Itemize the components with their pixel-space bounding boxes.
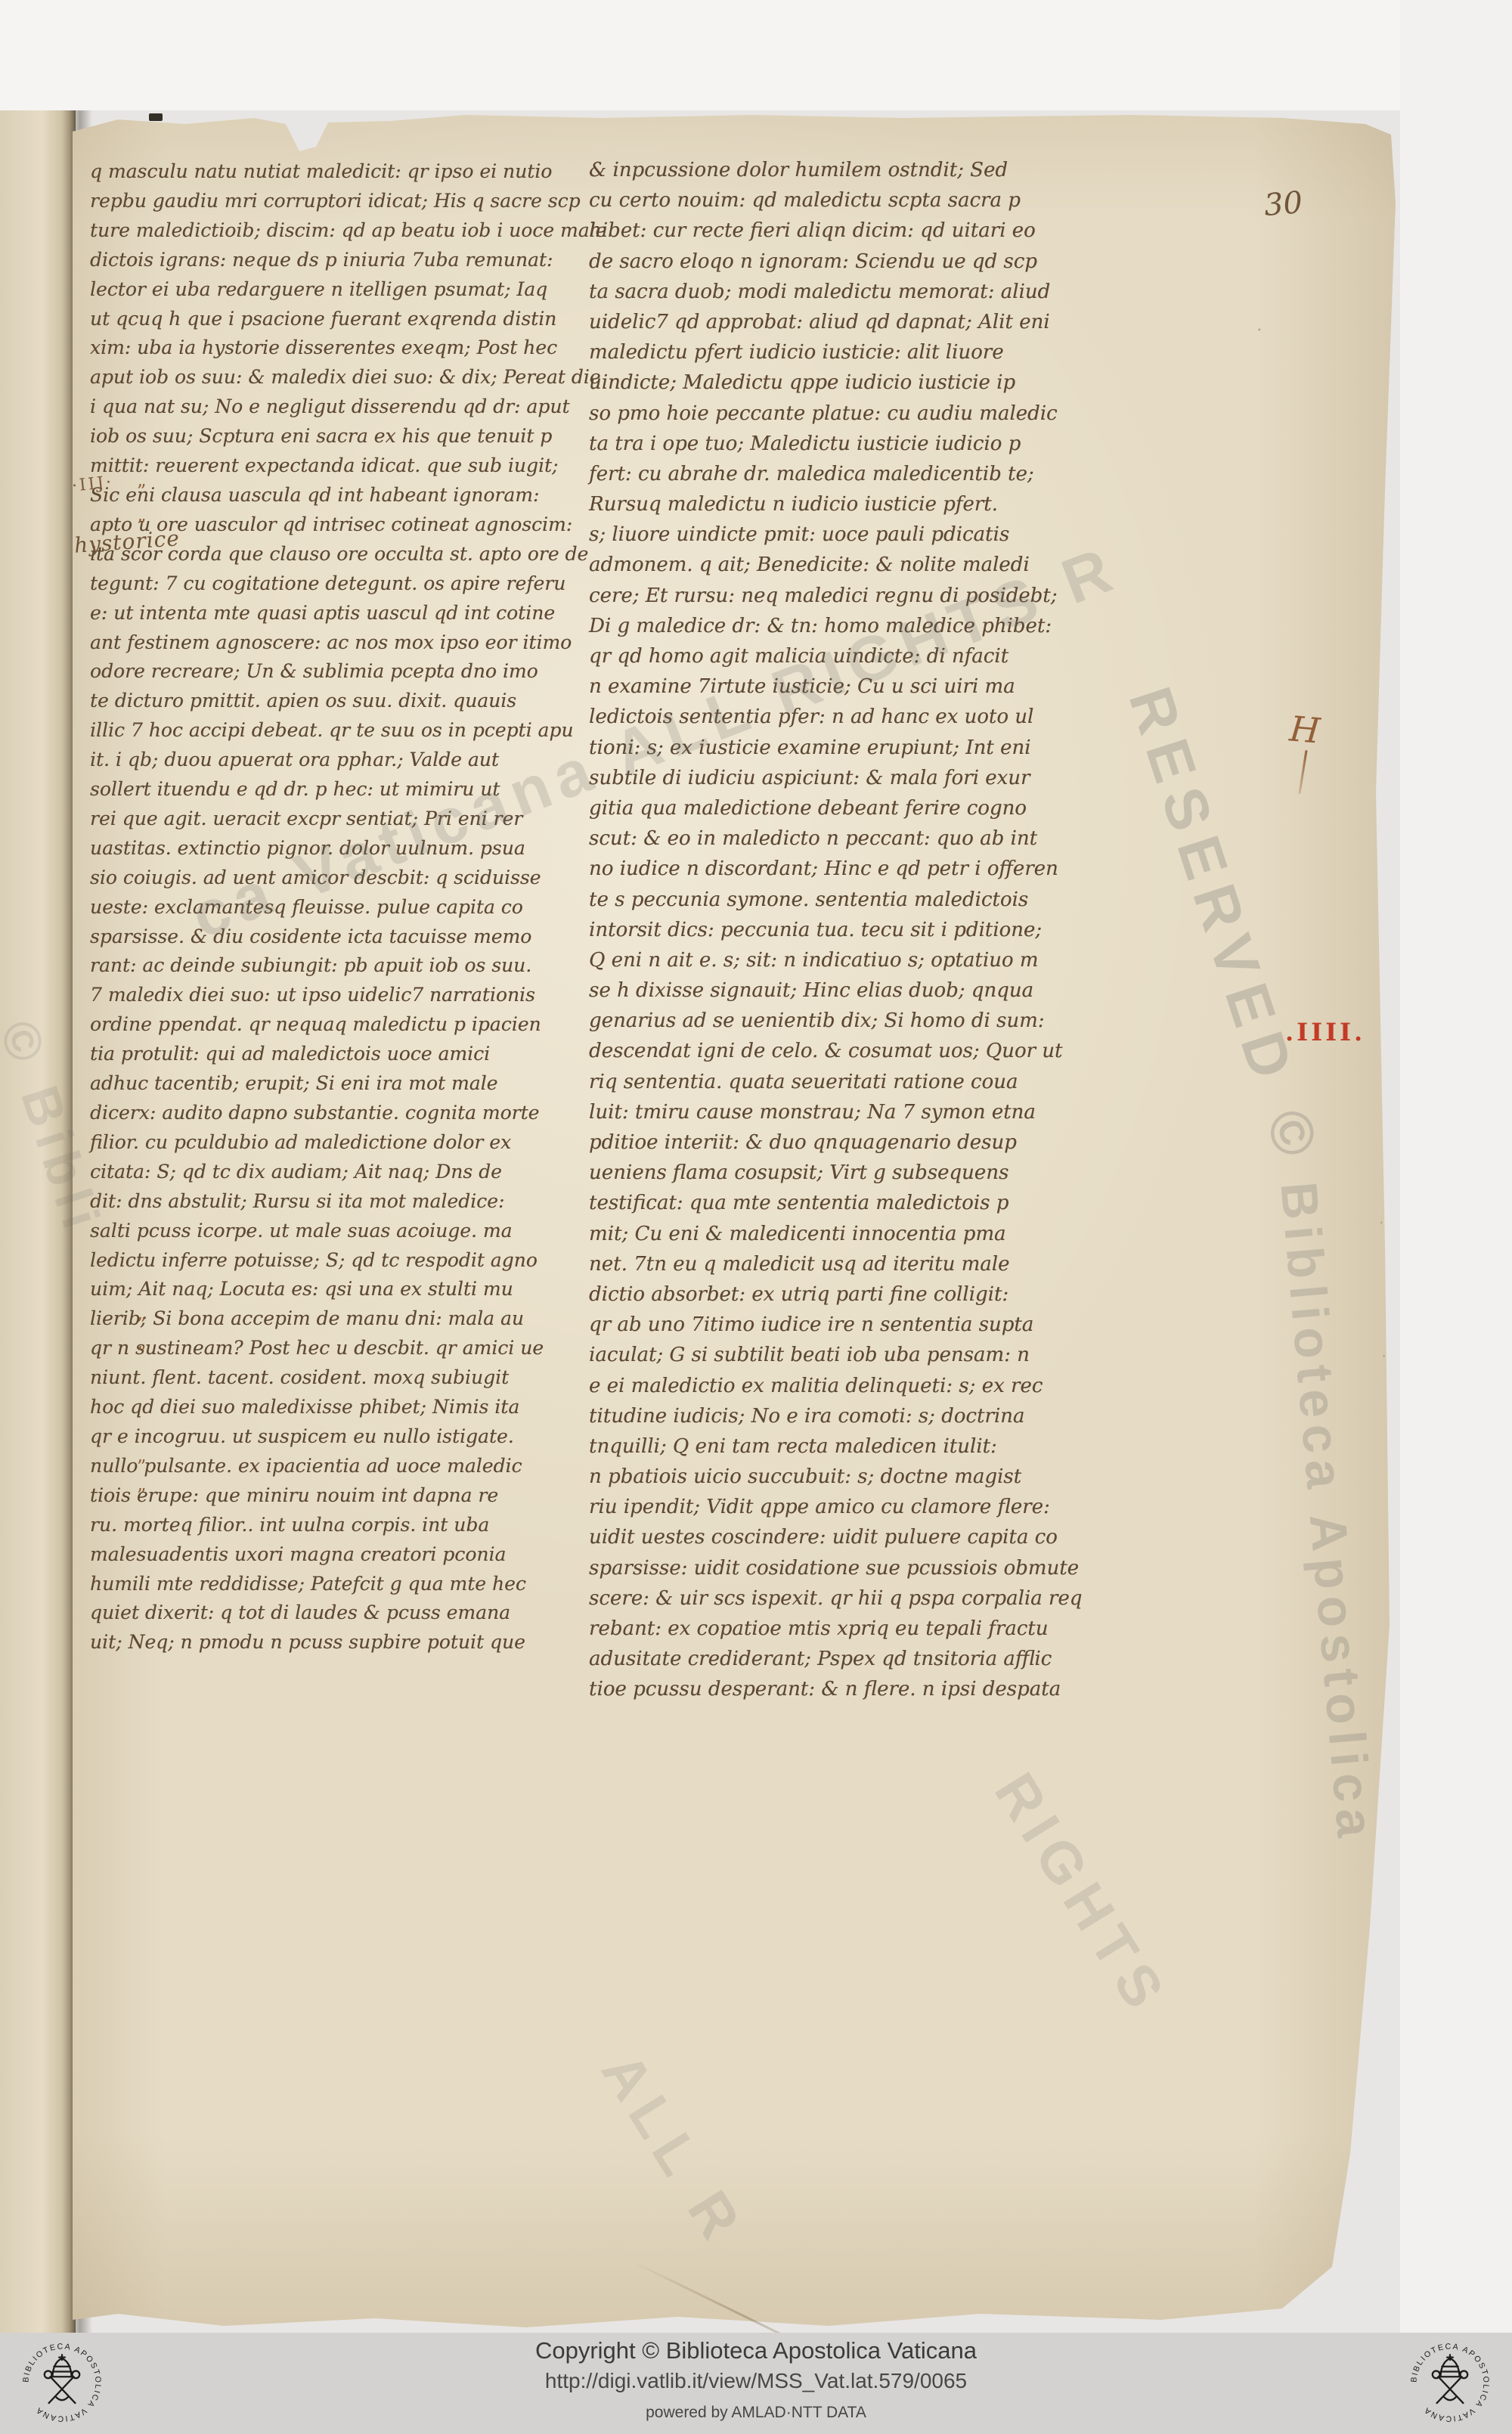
manuscript-line: testificat: qua mte sententia maledictoi… — [589, 1192, 1118, 1222]
photo-background-right — [1400, 0, 1512, 2333]
manuscript-line: maledictu pfert iudicio iusticie: alit l… — [589, 341, 1118, 371]
manuscript-line: qr n sustineam? Post hec u descbit. qr a… — [90, 1337, 580, 1366]
manuscript-line: dicerx: audito dapno substantie. cognita… — [90, 1102, 580, 1131]
manuscript-line: ut qcuq h que i psacione fuerant exqrend… — [90, 308, 580, 337]
manuscript-line: Rursuq maledictu n iudicio iusticie pfer… — [589, 493, 1118, 523]
manuscript-line: ru. morteq filior.. int uulna corpis. in… — [90, 1514, 580, 1543]
manuscript-line: net. 7tn eu q maledicit usq ad iteritu m… — [589, 1253, 1118, 1283]
manuscript-line: rei que agit. ueracit excpr sentiat; Pri… — [90, 808, 580, 837]
manuscript-line: ta sacra duob; modi maledictu memorat: a… — [589, 281, 1118, 311]
manuscript-line: uit; Neq; n pmodu n pcuss supbire potuit… — [90, 1631, 580, 1660]
manuscript-line: repbu gaudiu mri corruptori idicat; His … — [90, 190, 580, 219]
manuscript-line: 7 maledix diei suo: ut ipso uidelic7 nar… — [90, 984, 580, 1013]
manuscript-line: qr e incogruu. ut suspicem eu nullo isti… — [90, 1425, 580, 1455]
manuscript-line: it. i qb; duou apuerat ora pphar.; Valde… — [90, 749, 580, 778]
manuscript-line: tia protulit: qui ad maledictois uoce am… — [90, 1043, 580, 1072]
manuscript-line: ture maledictioib; discim: qd ap beatu i… — [90, 219, 580, 249]
vatican-library-seal-icon: BIBLIOTECA APOSTOLICA VATICANA — [1406, 2339, 1494, 2426]
manuscript-line: pditioe interiit: & duo qnquagenario des… — [589, 1131, 1118, 1161]
manuscript-line: iob os suu; Scptura eni sacra ex his que… — [90, 425, 580, 454]
digitized-manuscript-viewer: q masculu natu nutiat maledicit: qr ipso… — [0, 0, 1512, 2434]
margin-quote-mark: ” — [137, 481, 146, 502]
manuscript-right-column: & inpcussione dolor humilem ostndit; Sed… — [589, 159, 1118, 1709]
manuscript-line: se h dixisse signauit; Hinc elias duob; … — [589, 979, 1118, 1009]
manuscript-line: sio coiugis. ad uent amicor descbit: q s… — [90, 867, 580, 896]
manuscript-line: genarius ad se uenientib dix; Si homo di… — [589, 1009, 1118, 1040]
manuscript-line: cu certo nouim: qd maledictu scpta sacra… — [589, 189, 1118, 219]
manuscript-line: filior. cu pculdubio ad maledictione dol… — [90, 1131, 580, 1161]
manuscript-line: subtile di iudiciu aspiciunt: & mala for… — [589, 767, 1118, 797]
manuscript-line: titudine iudicis; No e ira comoti: s; do… — [589, 1405, 1118, 1435]
manuscript-line: so pmo hoie peccante platue: cu audiu ma… — [589, 402, 1118, 433]
manuscript-line: lierib; Si bona accepim de manu dni: mal… — [90, 1307, 580, 1337]
manuscript-line: uidelic7 qd approbat: aliud qd dapnat; A… — [589, 311, 1118, 341]
margin-section-number-right: .IIII. — [1285, 1018, 1365, 1046]
manuscript-line: ueniens flama cosupsit; Virt g subsequen… — [589, 1161, 1118, 1192]
papal-tiara-keys-icon — [1433, 2355, 1467, 2403]
manuscript-line: e ei maledictio ex malitia delinqueti: s… — [589, 1375, 1118, 1405]
manuscript-line: salti pcuss icorpe. ut male suas acoiuge… — [90, 1220, 580, 1249]
manuscript-line: sparsisse. & diu cosidente icta tacuisse… — [90, 926, 580, 955]
manuscript-line: adhuc tacentib; erupit; Si eni ira mot m… — [90, 1072, 580, 1102]
manuscript-line: n examine 7irtute iusticie; Cu u sci uir… — [589, 675, 1118, 705]
manuscript-line: riu ipendit; Vidit qppe amico cu clamore… — [589, 1496, 1118, 1526]
manuscript-line: tiois erupe: que miniru nouim int dapna … — [90, 1484, 580, 1514]
manuscript-line: dictois igrans: neque ds p iniuria 7uba … — [90, 249, 580, 278]
manuscript-line: te dicturo pmittit. apien os suu. dixit.… — [90, 690, 580, 719]
manuscript-line: riq sententia. quata seueritati ratione … — [589, 1071, 1118, 1101]
manuscript-line: dictio absorbet: ex utriq parti fine col… — [589, 1283, 1118, 1313]
manuscript-line: te s peccunia symone. sententia maledict… — [589, 888, 1118, 919]
manuscript-line: ledictois sententia pfer: n ad hanc ex u… — [589, 705, 1118, 736]
manuscript-line: scere: & uir scs ispexit. qr hii q pspa … — [589, 1587, 1118, 1617]
photo-background-top — [0, 0, 1512, 110]
manuscript-line: luit: tmiru cause monstrau; Na 7 symon e… — [589, 1101, 1118, 1131]
manuscript-line: uidit uestes coscindere: uidit puluere c… — [589, 1526, 1118, 1556]
manuscript-line: ta tra i ope tuo; Maledictu iusticie iud… — [589, 433, 1118, 463]
manuscript-line: & inpcussione dolor humilem ostndit; Sed — [589, 159, 1118, 189]
margin-pen-sign: H — [1288, 708, 1322, 751]
manuscript-line: no iudice n discordant; Hinc e qd petr i… — [589, 857, 1118, 888]
manuscript-line: admonem. q ait; Benedicite: & nolite mal… — [589, 553, 1118, 584]
footer-source-url: http://digi.vatlib.it/view/MSS_Vat.lat.5… — [0, 2369, 1512, 2393]
manuscript-line: rant: ac deinde subiungit: pb apuit iob … — [90, 954, 580, 984]
manuscript-line: qr qd homo agit malicia uindicte: di nfa… — [589, 645, 1118, 675]
manuscript-line: tioe pcussu desperant: & n flere. n ipsi… — [589, 1678, 1118, 1708]
folio-number: 30 — [1263, 185, 1304, 223]
manuscript-line: n pbatiois uicio succubuit: s; doctne ma… — [589, 1465, 1118, 1496]
manuscript-line: ant festinem agnoscere: ac nos mox ipso … — [90, 631, 580, 661]
manuscript-line: quiet dixerit: q tot di laudes & pcuss e… — [90, 1601, 580, 1631]
margin-quote-mark: ” — [137, 516, 146, 537]
manuscript-line: rebant: ex copatioe mtis xpriq eu tepali… — [589, 1617, 1118, 1648]
manuscript-line: scut: & eo in maledicto n peccant: quo a… — [589, 827, 1118, 857]
manuscript-line: lector ei uba redarguere n itelligen psu… — [90, 278, 580, 308]
book-gutter-page-edge — [0, 110, 76, 2335]
manuscript-line: mit; Cu eni & maledicenti innocentia pma — [589, 1223, 1118, 1253]
manuscript-line: nullo pulsante. ex ipacientia ad uoce ma… — [90, 1455, 580, 1484]
manuscript-left-column: q masculu natu nutiat maledicit: qr ipso… — [90, 160, 580, 1660]
manuscript-line: i qua nat su; No e negligut disserendu q… — [90, 395, 580, 425]
manuscript-line: hibet: cur recte fieri aliqn dicim: qd u… — [589, 219, 1118, 250]
manuscript-line: humili mte reddidisse; Patefcit g qua mt… — [90, 1573, 580, 1602]
manuscript-line: ordine ppendat. qr nequaq maledictu p ip… — [90, 1013, 580, 1043]
manuscript-line: fert: cu abrahe dr. maledica maledicenti… — [589, 463, 1118, 493]
manuscript-line: tnquilli; Q eni tam recta maledicen itul… — [589, 1435, 1118, 1465]
manuscript-line: mittit: reuerent expectanda idicat. que … — [90, 454, 580, 484]
manuscript-line: sparsisse: uidit cosidatione sue pcussio… — [589, 1557, 1118, 1587]
margin-quote-mark: ” — [137, 1343, 146, 1364]
binding-mark — [149, 113, 163, 121]
manuscript-line: s; liuore uindicte pmit: uoce pauli pdic… — [589, 523, 1118, 553]
manuscript-line: odore recreare; Un & sublimia pcepta dno… — [90, 660, 580, 690]
manuscript-line: hoc qd diei suo maledixisse phibet; Nimi… — [90, 1396, 580, 1425]
manuscript-line: niunt. flent. tacent. cosident. moxq sub… — [90, 1366, 580, 1396]
manuscript-line: illic 7 hoc accipi debeat. qr te suu os … — [90, 719, 580, 749]
manuscript-line: Di g maledice dr: & tn: homo maledice ph… — [589, 615, 1118, 645]
footer-copyright-text: Copyright © Biblioteca Apostolica Vatica… — [0, 2337, 1512, 2364]
manuscript-line: uastitas. extinctio pignor. dolor uulnum… — [90, 837, 580, 867]
manuscript-line: e: ut intenta mte quasi aptis uascul qd … — [90, 602, 580, 631]
manuscript-line: ledictu inferre potuisse; S; qd tc respo… — [90, 1249, 580, 1279]
manuscript-line: iaculat; G si subtilit beati iob uba pen… — [589, 1344, 1118, 1374]
manuscript-line: malesuadentis uxori magna creatori pconi… — [90, 1543, 580, 1573]
manuscript-line: Q eni n ait e. s; sit: n indicatiuo s; o… — [589, 949, 1118, 979]
manuscript-line: descendat igni de celo. & cosumat uos; Q… — [589, 1040, 1118, 1070]
margin-quote-mark: ” — [137, 1314, 146, 1335]
footer-bar: BIBLIOTECA APOSTOLICA VATICANA Copyright… — [0, 2333, 1512, 2434]
manuscript-line: tegunt: 7 cu cogitatione detegunt. os ap… — [90, 572, 580, 602]
manuscript-line: uim; Ait naq; Locuta es: qsi una ex stul… — [90, 1278, 580, 1307]
margin-quote-mark: ” — [137, 1485, 146, 1506]
manuscript-line: cere; Et rursu: neq maledici regnu di po… — [589, 584, 1118, 615]
manuscript-line: aput iob os suu: & maledix diei suo: & d… — [90, 366, 580, 395]
manuscript-line: uindicte; Maledictu qppe iudicio iustici… — [589, 371, 1118, 402]
manuscript-line: citata: S; qd tc dix audiam; Ait naq; Dn… — [90, 1161, 580, 1190]
manuscript-line: q masculu natu nutiat maledicit: qr ipso… — [90, 160, 580, 190]
manuscript-line: sollert ituendu e qd dr. p hec: ut mimir… — [90, 778, 580, 808]
footer-powered-by: powered by AMLAD·NTT DATA — [0, 2404, 1512, 2422]
manuscript-line: dit: dns abstulit; Rursu si ita mot male… — [90, 1190, 580, 1220]
manuscript-line: de sacro eloqo n ignoram: Sciendu ue qd … — [589, 250, 1118, 281]
manuscript-line: tioni: s; ex iusticie examine erupiunt; … — [589, 736, 1118, 767]
manuscript-line: intorsit dics: peccunia tua. tecu sit i … — [589, 919, 1118, 949]
manuscript-line: qr ab uno 7itimo iudice ire n sententia … — [589, 1313, 1118, 1344]
manuscript-line: adusitate crediderant; Pspex qd tnsitori… — [589, 1648, 1118, 1678]
manuscript-line: gitia qua maledictione debeant ferire co… — [589, 797, 1118, 827]
margin-quote-mark: ” — [137, 1456, 146, 1477]
manuscript-line: xim: uba ia hystorie disserentes exeqm; … — [90, 336, 580, 366]
manuscript-line: Sic eni clausa uascula qd int habeant ig… — [90, 484, 580, 513]
manuscript-line: ueste: exclamantesq fleuisse. pulue capi… — [90, 896, 580, 926]
